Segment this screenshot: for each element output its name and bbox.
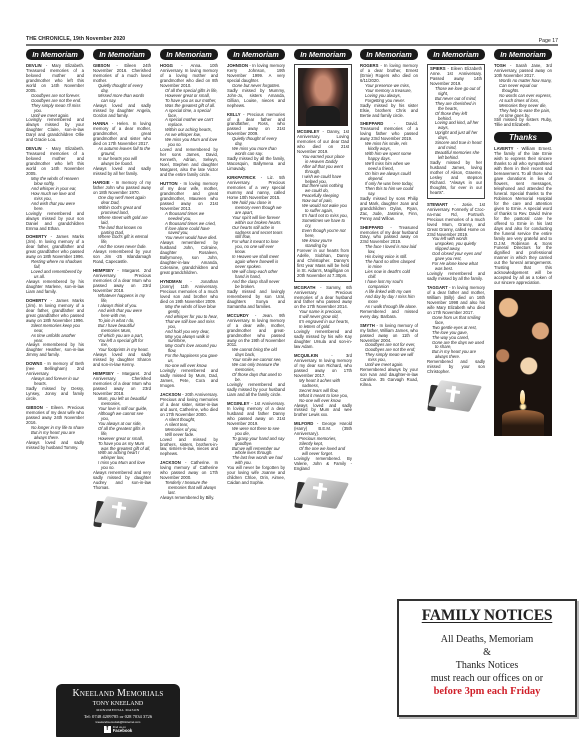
memoriam-notice: SHEPPARD - David. Treasured memories of … xyxy=(360,122,418,221)
notice-body: - William Ernest. The family of the late… xyxy=(494,146,552,285)
verse: Those we love go out of sight,But never … xyxy=(430,87,482,161)
section-header-in-memoriam: In Memoriam xyxy=(26,49,84,60)
notice-body: - In loving memory of my dear wife, moth… xyxy=(160,181,218,211)
verse: We cannot bring the old days back,Your s… xyxy=(227,348,285,383)
masthead: THE CHRONICLE, 19th November 2020 Page 1… xyxy=(26,36,558,46)
memoriam-notice: HUTTON - In loving memory of my dear wif… xyxy=(160,182,218,276)
section-header-thanks: Thanks xyxy=(494,132,552,143)
family-notices-line: Thanks Notices xyxy=(399,659,575,672)
verse: Tenderly I treasure the memories that wi… xyxy=(160,481,218,496)
family-notices-deadline: before 3pm each Friday xyxy=(399,686,575,697)
verse: Mum, you left us beautiful memories,Your… xyxy=(93,397,151,471)
verse: May the winds of love blow gently,And wh… xyxy=(160,305,218,369)
notice-body: - In loving memory of a dear father and … xyxy=(427,285,485,315)
verse: Gone from us that smiling face,Two gentl… xyxy=(427,316,485,361)
notice-closing: Lovingly remembered and sadly missed by … xyxy=(227,383,285,398)
section-header-in-memoriam: In Memoriam xyxy=(227,49,285,60)
section-header-in-memoriam: In Memoriam xyxy=(360,49,418,60)
family-notices-line: must reach our offices on or xyxy=(399,672,575,685)
notice-closing: Always loved and sadly missed by Mum and… xyxy=(294,404,352,419)
verse: You left with words unspoken, you quietl… xyxy=(427,237,485,272)
notice-closing: Remembered always by your son Ivan and d… xyxy=(360,368,418,388)
notice-closing: Always loved and sadly missed by daughte… xyxy=(93,104,151,119)
notice-closing: Loved and remembered by her sons James, … xyxy=(160,148,218,178)
memoriam-notice: MCGINLEY - Danny, 1st Anniversary. Lovin… xyxy=(294,64,352,282)
memoriam-notice: JACKSON - 20th Anniversary. Precious and… xyxy=(160,393,218,457)
family-notices-ad: FAMILY NOTICES All Deaths, Memoriam & Th… xyxy=(397,599,577,717)
verse: We were not there to see you die,To gras… xyxy=(227,427,285,467)
verse: We miss his smile, His kindly ways,With … xyxy=(360,142,418,196)
page-number: Page 17 xyxy=(539,38,558,44)
notice-closing: Loved and missed by brothers, sisters, b… xyxy=(160,438,218,458)
verse-line: For what it meant to lose you, no one wi… xyxy=(232,240,285,255)
verse-line: In Heaven we shall meet again where fare… xyxy=(232,255,285,270)
notice-closing: Remembered and sadly missed by your son … xyxy=(427,360,485,375)
verse-line: Tenderly I treasure the memories that wi… xyxy=(165,481,218,496)
verse-line: Our hearts still ache in sadness and sec… xyxy=(232,226,285,241)
memoriam-notice: HANNA - Helen. In loving memory of a dea… xyxy=(93,122,151,176)
column-2: In MemoriamGIBSON - Eileen 24th November… xyxy=(93,49,151,531)
memoriam-notice: TOSH - Sarah Jane, 3rd Anniversary, pass… xyxy=(494,64,552,128)
verse: A thousand times we needed you,A thousan… xyxy=(160,212,218,242)
verse: Words no matter how many,Can never equal… xyxy=(494,79,552,119)
bible-cross-icon xyxy=(294,476,352,508)
verse: May the winds of Heaven blow softly,And … xyxy=(26,177,84,212)
notice-closing: Lovingly remembered and always missed by… xyxy=(26,212,84,232)
notice-closing: Sadly missed by sons Philip and Mark, da… xyxy=(360,197,418,222)
verse: My heart it aches with sadness,Secret te… xyxy=(294,379,352,404)
verse: The face I loved is now laid low,His lov… xyxy=(360,245,418,309)
bible-cross-icon xyxy=(93,495,151,527)
memoriam-notice: GIBSON - Eileen. Precious memories of my… xyxy=(26,406,84,451)
column-6: In MemoriamROGERS - In loving memory of … xyxy=(360,49,418,392)
verse: Your presence we miss,Your memory a trea… xyxy=(360,84,418,104)
ad-telephone: Tel: 0748 4209785 or 028 7034 3726 xyxy=(56,714,180,719)
notice-closing: Always remembered and very sadly missed … xyxy=(93,471,151,491)
notice-closing: Always loved and sadly missed by daughte… xyxy=(93,353,151,368)
memoriam-notice: KELLY - Precious memories of a dear fath… xyxy=(227,113,285,172)
section-header-in-memoriam: In Memoriam xyxy=(427,49,485,60)
verse: No longer in my life to shareBut in my h… xyxy=(26,426,84,441)
memoriam-notice: ROGERS - In loving memory of a dear brot… xyxy=(360,64,418,118)
memoriam-notice: JOHNSON - In loving memory Kerry Johnson… xyxy=(227,64,285,109)
ad-brand: Kneeland Memorials xyxy=(56,688,180,699)
verse: Your name is precious,It will never grow… xyxy=(294,310,352,330)
verse: Quietly thought of every day,Missed more… xyxy=(93,84,151,104)
notice-closing: Forever in our hearts from Adelle, Siobh… xyxy=(297,249,349,279)
verse: A silent thought,A silent tear,Memories … xyxy=(160,418,218,438)
verse: Of all the special gifts in life,However… xyxy=(160,89,218,148)
verse: We hold you close in memory even though … xyxy=(227,201,285,290)
memoriam-notice: SPIERS - Eileen Elizabeth Anne. 1st Anni… xyxy=(427,64,485,199)
column-5: In MemoriamMCGINLEY - Danny, 1st Anniver… xyxy=(294,49,352,512)
notice-closing: Sadly missed by his sister Elsie, brothe… xyxy=(360,104,418,119)
portrait-photo xyxy=(298,68,348,126)
memoriam-notice: KIRKPATRICK - Liz. 5th Anniversary. Prec… xyxy=(227,176,285,310)
memoriam-notice: SMYTH - In loving memory of my father, W… xyxy=(360,324,418,388)
memoriam-notice: MCCURDY - Jean. 9th Anniversary. In lovi… xyxy=(227,314,285,398)
memoriam-notice: HARGIE - In memory of my father John who… xyxy=(93,181,151,265)
notice-closing: Always remembered by husband John, Colra… xyxy=(160,241,218,276)
column-3: In MemoriamHOGG - Anna. 10th Anniversary… xyxy=(160,49,218,505)
memoriam-notice: HOGG - Anna. 10th Anniversary. In loving… xyxy=(160,64,218,178)
notice-closing: Always loved and sadly missed by husband… xyxy=(26,441,84,451)
notice-closing: Always loved and sadly missed by all her… xyxy=(93,167,151,177)
family-notices-title: FAMILY NOTICES xyxy=(399,607,575,625)
verse: Goodbyes are not for ever,Goodbyes are n… xyxy=(360,343,418,368)
verse: Whatever happens in my life,I always thi… xyxy=(93,294,151,353)
notice-body: - Mary Elizabeth. Treasured memories of … xyxy=(26,63,84,93)
verse: Precious memories,Silently kept,Of the o… xyxy=(294,437,352,457)
notice-body: - Josie. 1st Anniversary. Formerly of Cr… xyxy=(427,202,485,237)
notice-closing: Sadly missed and lovingly remembered by … xyxy=(227,290,285,310)
memoriam-notice: SHEPPARD - Treasured memories of my dear… xyxy=(360,226,418,320)
section-header-in-memoriam: In Memoriam xyxy=(294,49,352,60)
column-4: In MemoriamJOHNSON - In loving memory Ke… xyxy=(227,49,285,490)
verse: Resting where no shadows fall,Loved and … xyxy=(26,260,84,280)
notice-closing: Remembered and missed every day. Barbara… xyxy=(360,310,418,320)
memoriam-notice: HEMPSEY - Margaret. 2nd Anniversary. Che… xyxy=(93,372,151,491)
ad-person: TONY KNEELAND xyxy=(56,701,180,707)
notice-closing: Always remembered by your son Jim -25 Is… xyxy=(93,250,151,265)
verse: You earned your place in Heaven DaddyAft… xyxy=(297,155,349,249)
memoriam-notice: JACKSON - Catherine. In loving memory of… xyxy=(160,461,218,501)
memoriam-notice: STEWART - Josie. 1st Anniversary. Former… xyxy=(427,203,485,282)
publication-dateline: THE CHRONICLE, 19th November 2020 xyxy=(26,36,125,42)
memoriam-notice: HYNDMAN - Jonathan (Jonny) 11th Annivers… xyxy=(160,280,218,389)
notice-closing: Always remembered by his daughter Heathe… xyxy=(26,343,84,358)
section-header-in-memoriam: In Memoriam xyxy=(93,49,151,60)
notice-body: - Mary Elizabeth. Treasured memories of … xyxy=(26,146,84,176)
verse: Goodbyes are not forever.Goodbyes are no… xyxy=(26,94,84,119)
thanks-notice: LAVERTY - William Ernest. The family of … xyxy=(494,147,552,286)
notice-closing: Lovingly remembered and sadly missed by … xyxy=(160,369,218,389)
memoriam-notice: TAGGART - In loving memory of a dear fat… xyxy=(427,286,485,375)
ad-email: kneelandmemorials@btinternet.com xyxy=(56,720,180,724)
facebook-icon: f xyxy=(104,726,111,733)
memoriam-notice: MCGRATH - Sammy, 6th Anniversary. Precio… xyxy=(294,286,352,350)
column-8: In MemoriamTOSH - Sarah Jane, 3rd Annive… xyxy=(494,49,552,436)
memoriam-notice: DOHERTY - James Marks (Jim). In loving m… xyxy=(26,235,84,294)
verse-line: You left with words unspoken, you quietl… xyxy=(432,237,485,252)
notice-closing: Always remembered by Billy. xyxy=(160,496,218,501)
notice-closing: Sadly missed by Mummy, John-Jo, sisters … xyxy=(227,89,285,109)
family-notices-line: All Deaths, Memoriam xyxy=(399,633,575,646)
notice-body: - Jean. 9th Anniversary. In loving memor… xyxy=(227,313,285,348)
section-header-in-memoriam: In Memoriam xyxy=(160,49,218,60)
section-header-in-memoriam: In Memoriam xyxy=(494,49,552,60)
notice-closing: Lovingly remembered and sadly missed by … xyxy=(294,330,352,350)
flame-icon xyxy=(520,390,525,404)
notice-closing: Still missed by sisters Ruby, Tillie and… xyxy=(494,118,552,128)
memoriam-notice: MILFORD - George Harold (Harry) B.E.M. (… xyxy=(294,422,352,472)
column-1: In MemoriamDEVLIN - Mary Elizabeth. Trea… xyxy=(26,49,84,455)
facebook-link[interactable]: f Find us onFacebook xyxy=(56,726,180,734)
memoriam-notice: DOWNS - In memory of Beth (nee Bellingha… xyxy=(26,362,84,402)
verse: As autumn leaves fall to the ground,In o… xyxy=(93,147,151,167)
candle-wax xyxy=(502,410,544,436)
memoriam-notice: DEVLIN - Mary Elizabeth. Treasured memor… xyxy=(26,147,84,231)
verse-line: We hold you close in memory even though … xyxy=(232,201,285,216)
notice-closing: Sadly missed by Dessy, Lynsey, Jonny and… xyxy=(26,387,84,402)
verse: One day we'll meet again dear Dad,Within… xyxy=(93,196,151,250)
bible-cross-icon xyxy=(427,379,485,411)
notice-closing: Sadly missed by her husband James, lovin… xyxy=(430,161,482,196)
verse: Quietly thought of every day,We miss you… xyxy=(227,137,285,157)
memoriam-notice: DEVLIN - Mary Elizabeth. Treasured memor… xyxy=(26,64,84,143)
notice-closing: Lovingly remembered and sadly missed by … xyxy=(427,272,485,282)
family-notices-line: & xyxy=(399,646,575,659)
ad-trade: MONUMENTAL MASON xyxy=(56,708,180,712)
notice-closing: Lovingly remembered and always missed by… xyxy=(26,118,84,143)
memoriam-notice: GIBSON - Eileen 24th November 2016. Cher… xyxy=(93,64,151,118)
memoriam-notice: MCGINLEY - 1st Anniversary. In loving me… xyxy=(227,402,285,486)
notice-closing: Lovingly remembered. By Valerie, John & … xyxy=(294,457,352,472)
notice-closing: Sadly missed by all the family, Macosqui… xyxy=(227,157,285,172)
column-7: In MemoriamSPIERS - Eileen Elizabeth Ann… xyxy=(427,49,485,415)
newspaper-page: THE CHRONICLE, 19th November 2020 Page 1… xyxy=(26,36,558,696)
kneeland-memorials-ad: Kneeland Memorials TONY KNEELAND MONUMEN… xyxy=(56,684,180,737)
memoriam-notice: DOHERTY - James Marks (Jim). In loving m… xyxy=(26,299,84,358)
notice-closing: Always remembered by his daughter Marlen… xyxy=(26,280,84,295)
verse: Silent memories keep you near,As time un… xyxy=(26,324,84,344)
notice-closing: You will never be forgotten by your lovi… xyxy=(227,466,285,486)
fb-big-label: Facebook xyxy=(113,728,133,733)
memoriam-notice: HEMPSEY - Margaret. 2nd Anniversary. Pre… xyxy=(93,269,151,368)
candle-image xyxy=(494,290,552,436)
memoriam-notice: MCQUILKIN - 3rd Anniversary. In loving m… xyxy=(294,354,352,418)
